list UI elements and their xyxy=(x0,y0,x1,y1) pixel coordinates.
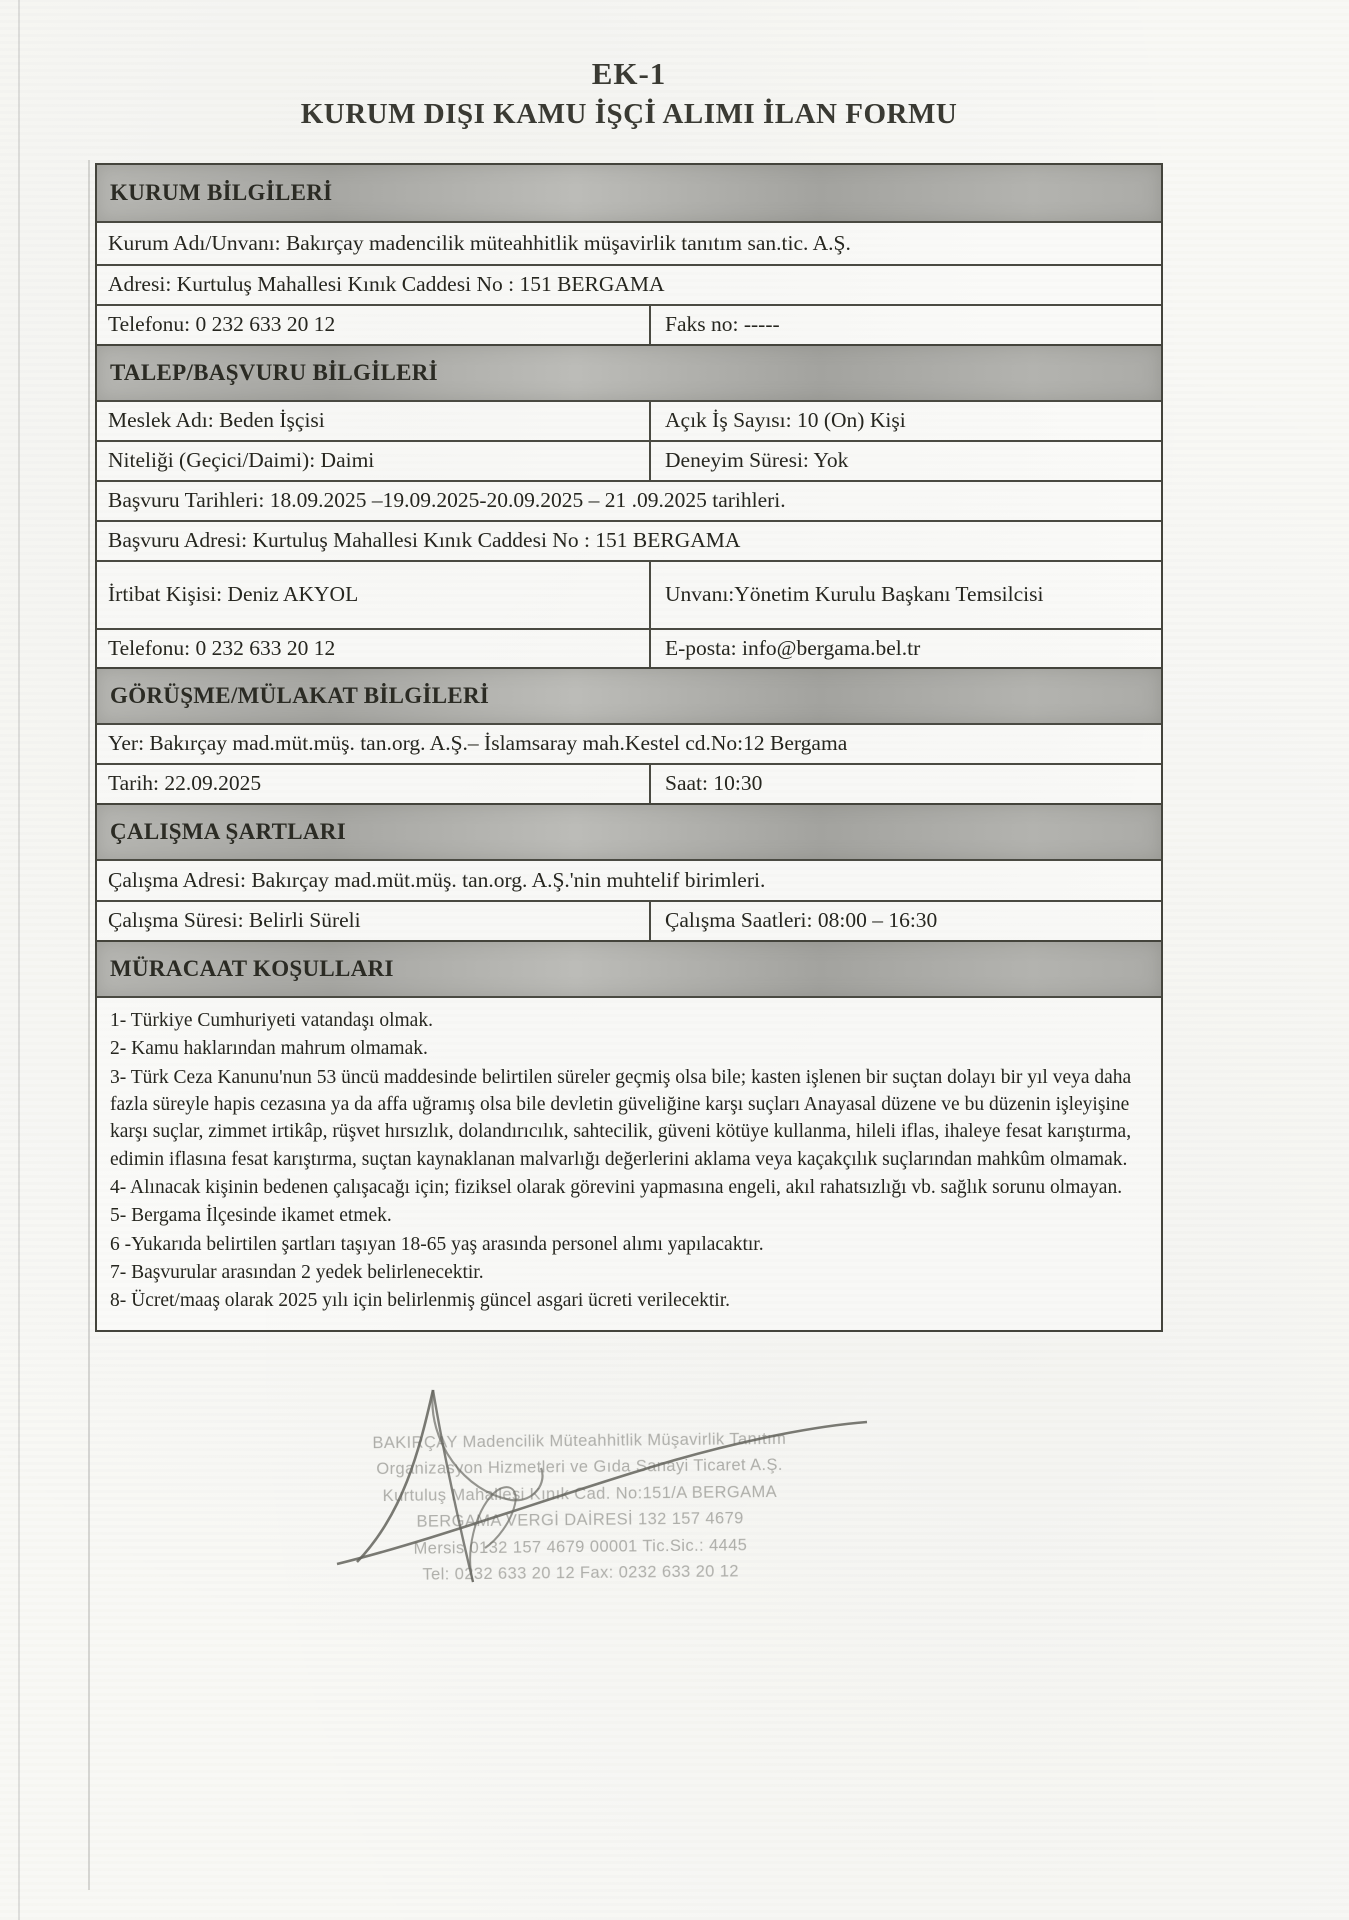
field-kurum-adi: Kurum Adı/Unvanı: Bakırçay madencilik mü… xyxy=(97,225,1161,263)
row-telefon-eposta: Telefonu: 0 232 633 20 12 E-posta: info@… xyxy=(97,628,1161,668)
field-adresi: Adresi: Kurtuluş Mahallesi Kınık Caddesi… xyxy=(97,266,1161,304)
section-header-talep-basvuru: TALEP/BAŞVURU BİLGİLERİ xyxy=(97,344,1161,400)
row-meslek-acikis: Meslek Adı: Beden İşçisi Açık İş Sayısı:… xyxy=(97,400,1161,440)
row-yer: Yer: Bakırçay mad.müt.müş. tan.org. A.Ş.… xyxy=(97,723,1161,763)
conditions-list: 1- Türkiye Cumhuriyeti vatandaşı olmak. … xyxy=(97,996,1161,1330)
condition-item-7: 7- Başvurular arasından 2 yedek belirlen… xyxy=(110,1259,1147,1286)
field-telefonu: Telefonu: 0 232 633 20 12 xyxy=(97,306,649,344)
row-adresi: Adresi: Kurtuluş Mahallesi Kınık Caddesi… xyxy=(97,264,1161,304)
row-irtibat-unvan: İrtibat Kişisi: Deniz AKYOL Unvanı:Yönet… xyxy=(97,560,1161,628)
scan-edge-line-inner xyxy=(88,160,90,1890)
condition-item-1: 1- Türkiye Cumhuriyeti vatandaşı olmak. xyxy=(110,1007,1147,1034)
scan-edge-line-outer xyxy=(18,0,20,1920)
field-telefonu-2: Telefonu: 0 232 633 20 12 xyxy=(97,630,649,668)
row-calisma-suresi-saatleri: Çalışma Süresi: Belirli Süreli Çalışma S… xyxy=(97,900,1161,940)
section-header-kurum-bilgileri: KURUM BİLGİLERİ xyxy=(97,165,1161,221)
section-header-calisma-sartlari: ÇALIŞMA ŞARTLARI xyxy=(97,803,1161,859)
company-stamp: BAKIRÇAY Madencilik Müteahhitlik Müşavir… xyxy=(299,1425,861,1589)
condition-item-6: 6 -Yukarıda belirtilen şartları taşıyan … xyxy=(110,1231,1147,1258)
doc-code: EK-1 xyxy=(95,56,1163,92)
field-niteligi: Niteliği (Geçici/Daimi): Daimi xyxy=(97,442,649,480)
condition-item-4: 4- Alınacak kişinin bedenen çalışacağı i… xyxy=(110,1174,1147,1201)
scanned-form-page: EK-1 KURUM DIŞI KAMU İŞÇİ ALIMI İLAN FOR… xyxy=(0,0,1349,1920)
row-basvuru-tarihleri: Başvuru Tarihleri: 18.09.2025 –19.09.202… xyxy=(97,480,1161,520)
field-calisma-suresi: Çalışma Süresi: Belirli Süreli xyxy=(97,902,649,940)
field-irtibat-kisisi: İrtibat Kişisi: Deniz AKYOL xyxy=(97,576,649,614)
document-title-block: EK-1 KURUM DIŞI KAMU İŞÇİ ALIMI İLAN FOR… xyxy=(95,56,1163,131)
condition-item-8: 8- Ücret/maaş olarak 2025 yılı için beli… xyxy=(110,1287,1147,1314)
field-unvani: Unvanı:Yönetim Kurulu Başkanı Temsilcisi xyxy=(649,562,1161,628)
page-title: KURUM DIŞI KAMU İŞÇİ ALIMI İLAN FORMU xyxy=(95,98,1163,131)
field-faks-no: Faks no: ----- xyxy=(649,306,1161,344)
field-saat: Saat: 10:30 xyxy=(649,765,1161,803)
field-tarih: Tarih: 22.09.2025 xyxy=(97,765,649,803)
condition-item-5: 5- Bergama İlçesinde ikamet etmek. xyxy=(110,1202,1147,1229)
field-calisma-saatleri: Çalışma Saatleri: 08:00 – 16:30 xyxy=(649,902,1161,940)
field-meslek-adi: Meslek Adı: Beden İşçisi xyxy=(97,402,649,440)
field-basvuru-adresi: Başvuru Adresi: Kurtuluş Mahallesi Kınık… xyxy=(97,522,1161,560)
field-eposta: E-posta: info@bergama.bel.tr xyxy=(649,630,1161,668)
row-calisma-adresi: Çalışma Adresi: Bakırçay mad.müt.müş. ta… xyxy=(97,859,1161,900)
field-calisma-adresi: Çalışma Adresi: Bakırçay mad.müt.müş. ta… xyxy=(97,862,1161,900)
section-header-muracaat-kosullari: MÜRACAAT KOŞULLARI xyxy=(97,940,1161,996)
row-basvuru-adresi: Başvuru Adresi: Kurtuluş Mahallesi Kınık… xyxy=(97,520,1161,560)
row-kurum-adi: Kurum Adı/Unvanı: Bakırçay madencilik mü… xyxy=(97,221,1161,264)
field-yer: Yer: Bakırçay mad.müt.müş. tan.org. A.Ş.… xyxy=(97,725,1161,763)
row-telefon-faks: Telefonu: 0 232 633 20 12 Faks no: ----- xyxy=(97,304,1161,344)
field-basvuru-tarihleri: Başvuru Tarihleri: 18.09.2025 –19.09.202… xyxy=(97,482,1161,520)
condition-item-2: 2- Kamu haklarından mahrum olmamak. xyxy=(110,1035,1147,1062)
section-header-gorusme: GÖRÜŞME/MÜLAKAT BİLGİLERİ xyxy=(97,667,1161,723)
row-tarih-saat: Tarih: 22.09.2025 Saat: 10:30 xyxy=(97,763,1161,803)
stamp-line-6: Tel: 0232 633 20 12 Fax: 0232 633 20 12 xyxy=(301,1557,861,1589)
condition-item-3: 3- Türk Ceza Kanunu'nun 53 üncü maddesin… xyxy=(110,1064,1147,1173)
field-deneyim-suresi: Deneyim Süresi: Yok xyxy=(649,442,1161,480)
row-niteligi-deneyim: Niteliği (Geçici/Daimi): Daimi Deneyim S… xyxy=(97,440,1161,480)
field-acik-is-sayisi: Açık İş Sayısı: 10 (On) Kişi xyxy=(649,402,1161,440)
form-table: KURUM BİLGİLERİ Kurum Adı/Unvanı: Bakırç… xyxy=(95,163,1163,1332)
